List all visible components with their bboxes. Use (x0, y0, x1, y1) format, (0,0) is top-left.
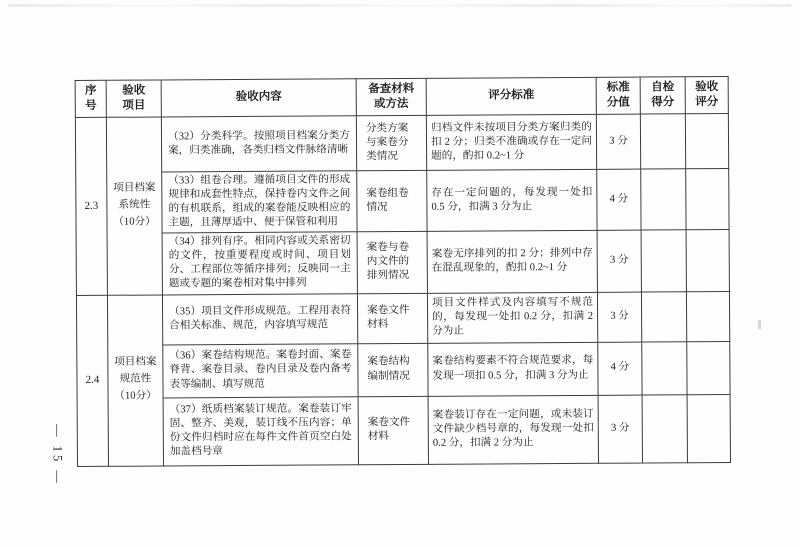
material-cell: 案卷结构编制情况 (358, 343, 428, 396)
table-row-item-33: （33）组卷合理。遵循项目文件的形成规律和成套性特点，保持卷内文件之间的有机联系… (76, 168, 729, 233)
table-row-item-35: 2.4 项目档案 规范性 （10分） （35）项目文件形成规范。工程用表符合相关… (76, 291, 729, 345)
group-project-2-4: 项目档案 规范性 （10分） (107, 294, 163, 465)
table-row-item-37: （37）纸质档案装订规范。案卷装订牢固、整齐、美观，装订线不压内容；单份文件归档… (77, 394, 730, 466)
col-header-acceptance-score: 验收 评分 (685, 77, 728, 114)
standard-cell: 案卷装订存在一定问题，或未装订文件缺少档号章的，每发现一处扣 0.2 分，扣满 … (428, 395, 598, 464)
standard-score-cell: 3 分 (596, 114, 640, 169)
table-row-item-34: （34）排列有序。相同内容或关系密切的文件，按重要程度或时间、项目划分、工程部位… (76, 230, 729, 295)
content-cell: （36）案卷结构规范。案卷封面、案卷脊背、案卷目录、卷内目录及卷内备考表等编制、… (163, 343, 358, 397)
self-check-score-cell (642, 394, 687, 462)
standard-cell: 存在一定问题的，每发现一处扣 0.5 分，扣满 3 分为止 (427, 169, 597, 231)
acceptance-score-cell (687, 394, 730, 462)
self-check-score-cell (641, 169, 686, 231)
material-cell: 案卷与卷内文件的排列情况 (357, 232, 427, 294)
standard-cell: 案卷结构要素不符合规范要求，每发现一项扣 0.5 分，扣满 3 分为止 (428, 342, 598, 396)
content-cell: （32）分类科学。按照项目档案分类方案，归类准确，各类归档文件脉络清晰 (161, 116, 356, 172)
group-seq-2-4: 2.4 (76, 295, 108, 466)
col-header-project: 验收 项目 (106, 80, 161, 117)
self-check-score-cell (642, 341, 687, 394)
scan-artifact-streak (8, 4, 792, 7)
col-header-material: 备查材料 或方法 (356, 78, 426, 115)
material-cell: 分类方案与案卷分类情况 (356, 115, 426, 170)
col-header-self-check-score: 自检 得分 (640, 77, 685, 114)
standard-score-cell: 3 分 (597, 230, 641, 292)
material-cell: 案卷文件材料 (358, 396, 428, 464)
standard-score-cell: 4 分 (597, 169, 641, 231)
content-cell: （33）组卷合理。遵循项目文件的形成规律和成套性特点，保持卷内文件之间的有机联系… (162, 171, 357, 234)
self-check-score-cell (640, 114, 685, 169)
group-seq-2-3: 2.3 (75, 117, 107, 295)
material-cell: 案卷文件材料 (357, 293, 427, 343)
standard-cell: 归档文件未按项目分类方案归类的扣 2 分；归类不准确或存在一定问题的，酌扣 0.… (426, 114, 596, 170)
content-cell: （35）项目文件形成规范。工程用表符合相关标准、规范，内容填写规范 (162, 293, 357, 344)
self-check-score-cell (641, 230, 686, 292)
acceptance-score-cell (686, 230, 729, 292)
standard-cell: 案卷无序排列的扣 2 分；排列中存在混乱现象的，酌扣 0.2~1 分 (427, 231, 597, 293)
acceptance-score-cell (686, 168, 729, 230)
group-project-2-3: 项目档案 系统性 （10分） (106, 117, 162, 295)
acceptance-criteria-table: 序 号 验收 项目 验收内容 备查材料 或方法 评分标准 标准 分值 自检 得分… (75, 76, 731, 466)
margin-page-number: — 15 — (50, 424, 65, 486)
header-row: 序 号 验收 项目 验收内容 备查材料 或方法 评分标准 标准 分值 自检 得分… (75, 77, 728, 118)
scanned-document-page: — 15 — 序 号 验收 项目 验收内容 备查材料 或方法 评分标准 标准 分… (0, 0, 800, 548)
content-cell: （34）排列有序。相同内容或关系密切的文件，按重要程度或时间、项目划分、工程部位… (162, 232, 357, 295)
acceptance-score-cell (685, 113, 728, 168)
standard-score-cell: 4 分 (598, 342, 642, 395)
scan-artifact-speck (758, 320, 761, 329)
col-header-content: 验收内容 (161, 79, 356, 117)
col-header-standard-score: 标准 分值 (596, 77, 640, 114)
col-header-standard: 评分标准 (426, 77, 596, 115)
acceptance-score-cell (686, 291, 729, 341)
self-check-score-cell (641, 291, 686, 341)
col-header-seq: 序 号 (75, 80, 106, 117)
standard-score-cell: 3 分 (597, 292, 641, 342)
material-cell: 案卷组卷情况 (357, 170, 427, 232)
standard-score-cell: 3 分 (598, 395, 642, 463)
table-row-item-36: （36）案卷结构规范。案卷封面、案卷脊背、案卷目录、卷内目录及卷内备考表等编制、… (77, 341, 730, 398)
table-row-item-32: 2.3 项目档案 系统性 （10分） （32）分类科学。按照项目档案分类方案，归… (75, 113, 728, 172)
acceptance-score-cell (687, 341, 730, 394)
table-region: 序 号 验收 项目 验收内容 备查材料 或方法 评分标准 标准 分值 自检 得分… (75, 76, 730, 466)
content-cell: （37）纸质档案装订规范。案卷装订牢固、整齐、美观，装订线不压内容；单份文件归档… (163, 396, 358, 465)
standard-cell: 项目文件样式及内容填写不规范的，每发现一处扣 0.2 分，扣满 2 分为止 (427, 292, 597, 343)
